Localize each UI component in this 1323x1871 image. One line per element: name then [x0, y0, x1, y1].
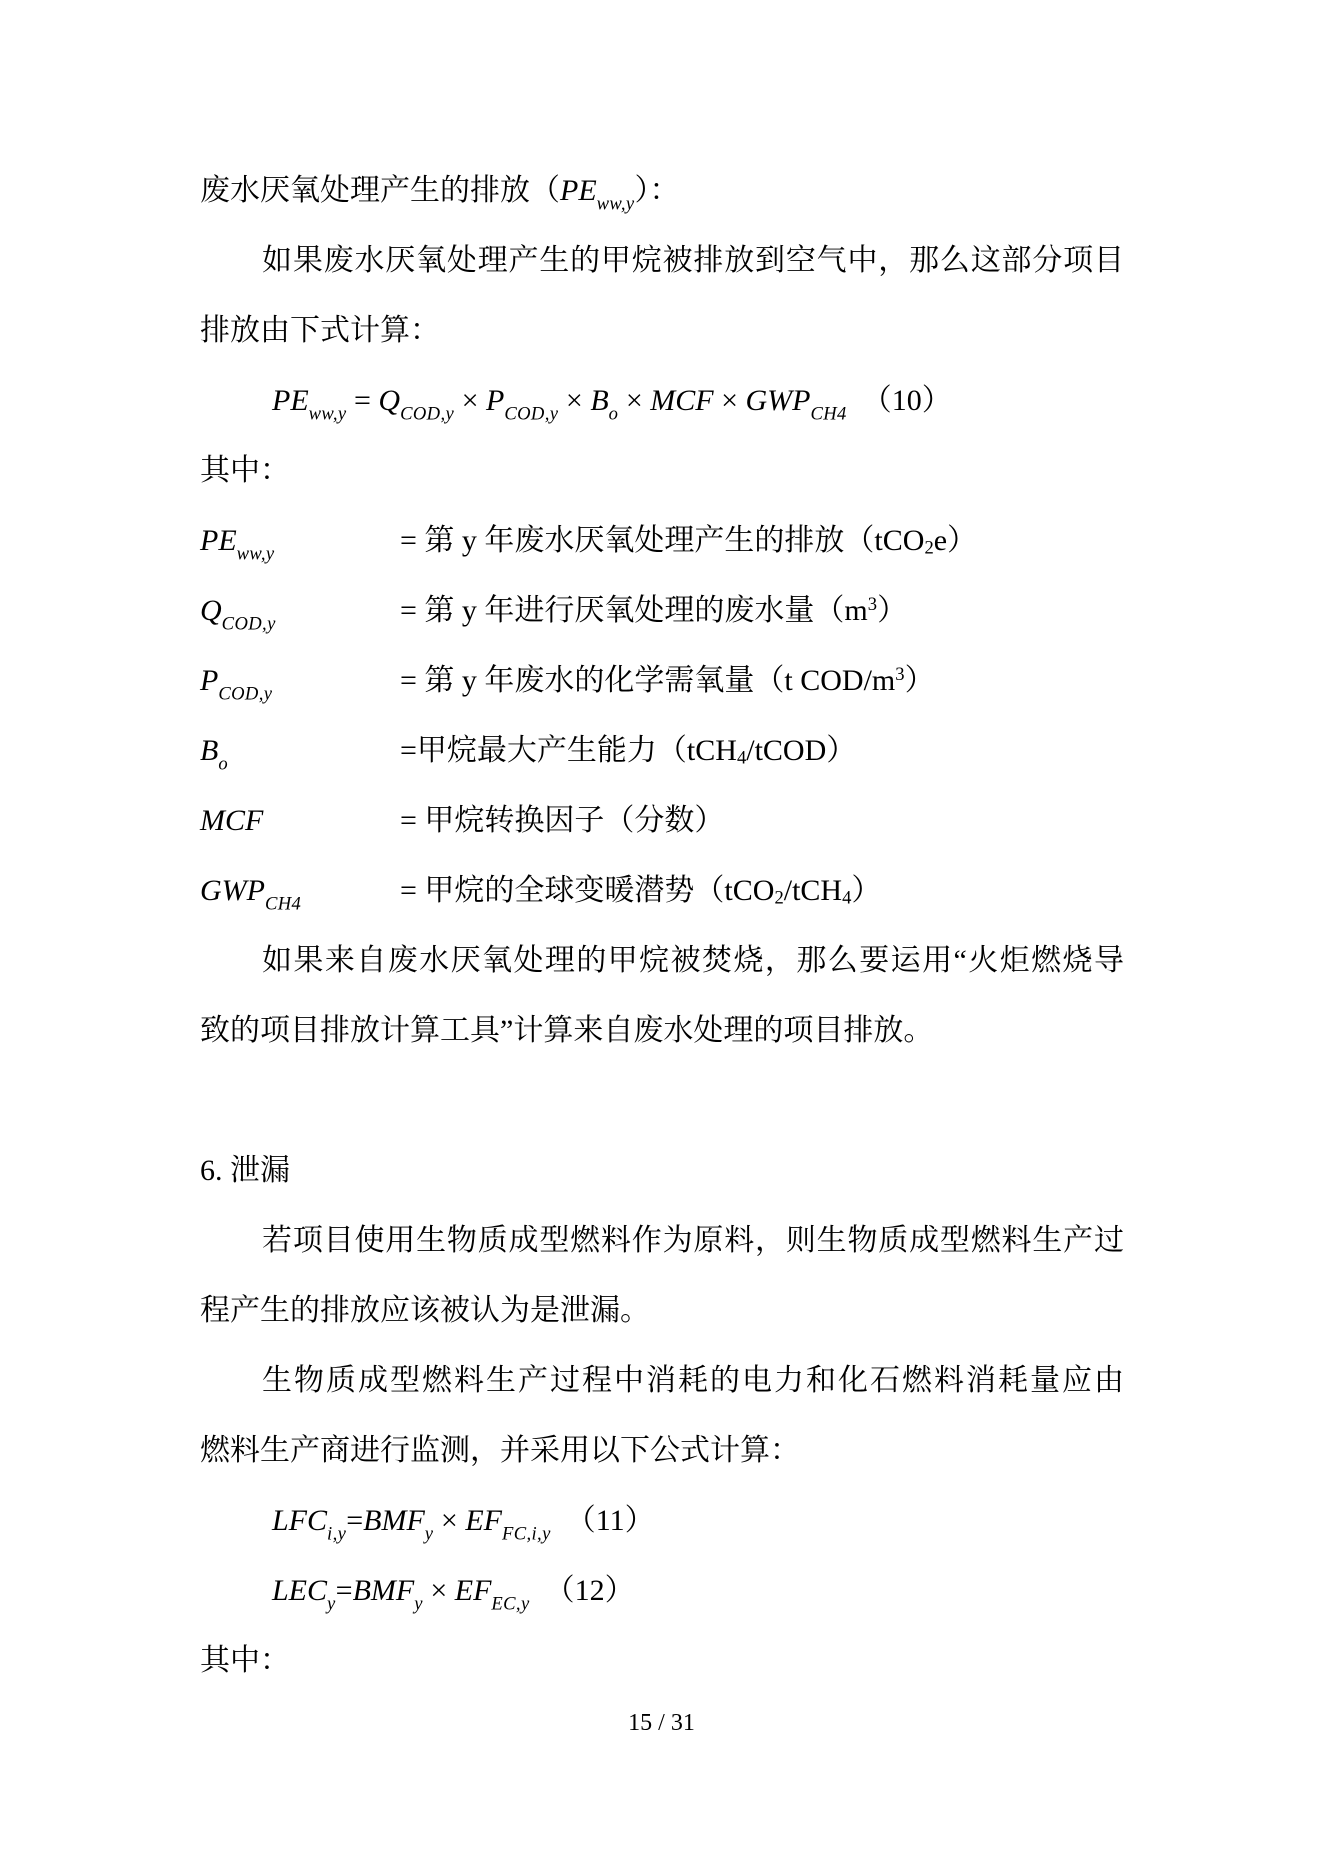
document-page: 废水厌氧处理产生的排放（PEww,y）： 如果废水厌氧处理产生的甲烷被排放到空气…: [0, 0, 1323, 1871]
where-label-2: 其中：: [200, 1626, 1124, 1696]
definition-row-qcod: QCOD,y = 第 y 年进行厌氧处理的废水量（m3）: [200, 576, 1124, 646]
para-emission-title: 废水厌氧处理产生的排放（PEww,y）：: [200, 156, 1124, 226]
para-leakage-line-2: 程产生的排放应该被认为是泄漏。: [200, 1276, 1124, 1346]
definition-description: = 第 y 年进行厌氧处理的废水量（m3）: [400, 576, 1124, 646]
definition-row-bo: Bo =甲烷最大产生能力（tCH4/tCOD）: [200, 716, 1124, 786]
para-flare-line-1: 如果来自废水厌氧处理的甲烷被焚烧，那么要运用“火炬燃烧导: [200, 926, 1124, 996]
page-content: 废水厌氧处理产生的排放（PEww,y）： 如果废水厌氧处理产生的甲烷被排放到空气…: [200, 156, 1124, 1696]
definition-term: GWPCH4: [200, 856, 400, 926]
formula-12: LECy=BMFy × EFEC,y （12）: [200, 1556, 1124, 1626]
para-intro-line-1: 如果废水厌氧处理产生的甲烷被排放到空气中，那么这部分项目: [200, 226, 1124, 296]
definition-row-pcod: PCOD,y = 第 y 年废水的化学需氧量（t COD/m3）: [200, 646, 1124, 716]
para-monitoring-line-1: 生物质成型燃料生产过程中消耗的电力和化石燃料消耗量应由: [200, 1346, 1124, 1416]
definition-description: =甲烷最大产生能力（tCH4/tCOD）: [400, 716, 1124, 786]
para-flare-line-2: 致的项目排放计算工具”计算来自废水处理的项目排放。: [200, 996, 1124, 1066]
definition-description: = 第 y 年废水的化学需氧量（t COD/m3）: [400, 646, 1124, 716]
definition-term: QCOD,y: [200, 576, 400, 646]
section-6-heading: 6. 泄漏: [200, 1136, 1124, 1206]
formula-10: PEww,y = QCOD,y × PCOD,y × Bo × MCF × GW…: [200, 366, 1124, 436]
definition-description: = 甲烷的全球变暖潜势（tCO2/tCH4）: [400, 856, 1124, 926]
definition-term: MCF: [200, 786, 400, 856]
definition-description: = 甲烷转换因子（分数）: [400, 786, 1124, 856]
where-label-1: 其中：: [200, 436, 1124, 506]
definition-row-pe: PEww,y = 第 y 年废水厌氧处理产生的排放（tCO2e）: [200, 506, 1124, 576]
definition-term: PEww,y: [200, 506, 400, 576]
definition-term: Bo: [200, 716, 400, 786]
blank-line: [200, 1066, 1124, 1136]
definition-term: PCOD,y: [200, 646, 400, 716]
definition-row-mcf: MCF = 甲烷转换因子（分数）: [200, 786, 1124, 856]
para-leakage-line-1: 若项目使用生物质成型燃料作为原料，则生物质成型燃料生产过: [200, 1206, 1124, 1276]
definition-description: = 第 y 年废水厌氧处理产生的排放（tCO2e）: [400, 506, 1124, 576]
para-intro-line-2: 排放由下式计算：: [200, 296, 1124, 366]
para-monitoring-line-2: 燃料生产商进行监测，并采用以下公式计算：: [200, 1416, 1124, 1486]
formula-11: LFCi,y=BMFy × EFFC,i,y （11）: [200, 1486, 1124, 1556]
definition-row-gwp: GWPCH4 = 甲烷的全球变暖潜势（tCO2/tCH4）: [200, 856, 1124, 926]
page-number: 15 / 31: [0, 1705, 1323, 1741]
